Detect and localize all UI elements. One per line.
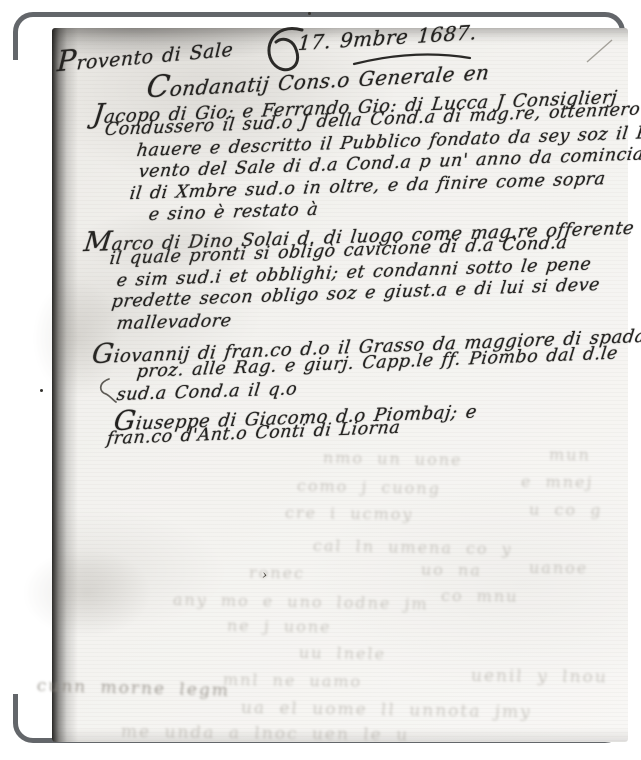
bleedthrough-line: uanoe (528, 558, 589, 578)
ink-dot-mark (308, 12, 311, 15)
bleedthrough-line: uo na (420, 560, 483, 580)
bleedthrough-line: me unda a lnoc uen le u (120, 722, 410, 746)
diagonal-pen-stroke-icon (586, 38, 614, 64)
manuscript-line: mallevadore (115, 311, 232, 334)
squiggle-pen-mark-icon (94, 377, 118, 405)
bleedthrough-line: uenil y lnou (470, 666, 609, 687)
ink-dot-mark (40, 389, 43, 392)
bleedthrough-line: ua el uome ll unnota jmy (240, 698, 533, 723)
bleedthrough-line: ronec (248, 563, 306, 583)
date-underline-flourish-icon (352, 50, 474, 68)
bleedthrough-line: e mnej (520, 472, 594, 492)
bleedthrough-line: uu lnele (298, 643, 387, 664)
bleedthrough-line: cre i ucmoy (284, 503, 414, 524)
bleedthrough-line: co mnu (440, 586, 519, 606)
bleedthrough-line: mnl ne uamo (222, 670, 363, 691)
bleedthrough-line: mun (548, 445, 592, 464)
bleedthrough-line: cal ln umena co y (312, 536, 513, 559)
bleedthrough-line: ne j uone (226, 616, 332, 636)
document-page: Provento di Sale 17. 9mbre 1687. Condana… (52, 28, 628, 742)
bleedthrough-line: cunn morne legm (36, 676, 231, 701)
bleedthrough-line: nmo un uone (322, 448, 463, 469)
paraph-flourish-icon (260, 22, 310, 78)
frame-gap-left (8, 60, 30, 694)
bleedthrough-line: any mo e uno lodne jm (172, 590, 429, 613)
bleedthrough-line: u co g (528, 500, 603, 520)
bleedthrough-line: como j cuong (296, 476, 442, 498)
